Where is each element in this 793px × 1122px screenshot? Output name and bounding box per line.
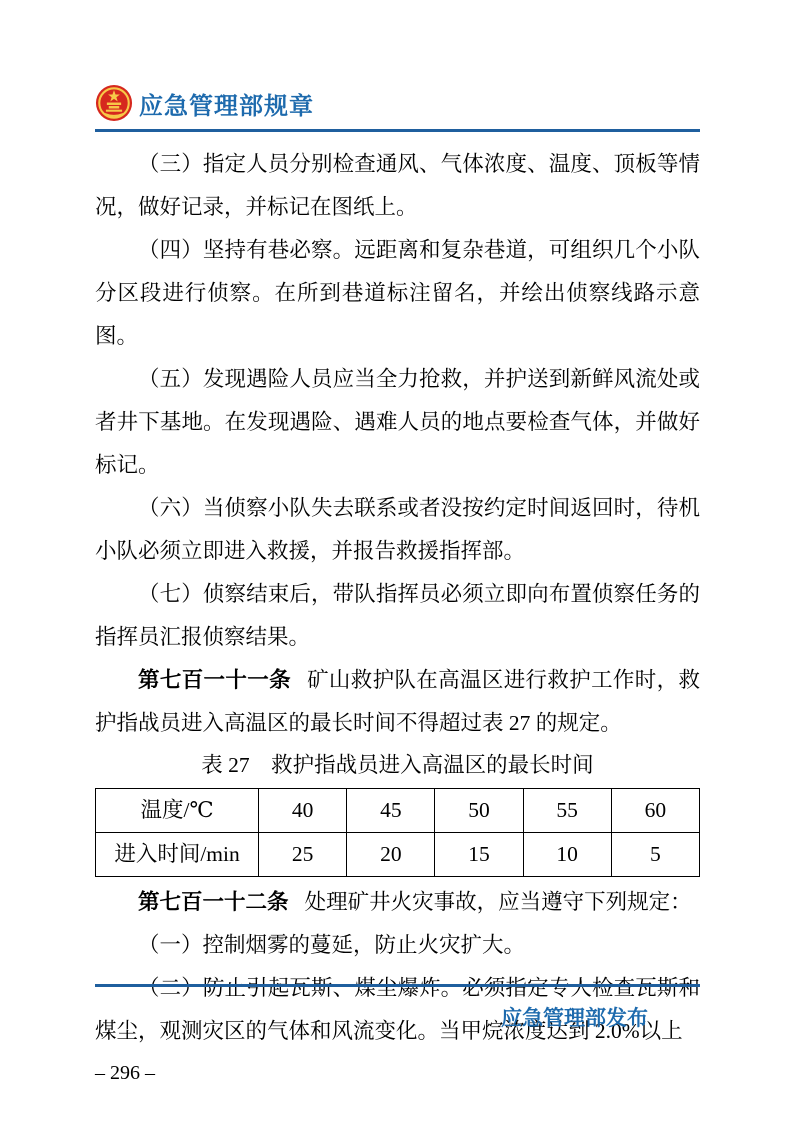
publisher-label: 应急管理部发布 — [501, 1002, 648, 1032]
document-page: 应急管理部规章 （三）指定人员分别检查通风、气体浓度、温度、顶板等情况，做好记录… — [0, 0, 793, 1122]
page-header: 应急管理部规章 — [95, 84, 700, 132]
paragraph: （三）指定人员分别检查通风、气体浓度、温度、顶板等情况，做好记录，并标记在图纸上… — [95, 143, 700, 229]
table-cell: 50 — [435, 789, 523, 833]
header-rule — [95, 129, 700, 132]
table-cell: 10 — [523, 833, 611, 877]
paragraph-article-712: 第七百一十二条处理矿井火灾事故，应当遵守下列规定： — [95, 881, 700, 924]
table-caption: 表 27 救护指战员进入高温区的最长时间 — [95, 745, 700, 785]
footer-rule — [95, 984, 700, 987]
article-number: 第七百一十一条 — [138, 668, 291, 692]
table-cell: 60 — [611, 789, 699, 833]
table-cell: 20 — [347, 833, 435, 877]
article-number: 第七百一十二条 — [138, 890, 289, 914]
table-cell: 25 — [259, 833, 347, 877]
table-cell: 5 — [611, 833, 699, 877]
paragraph-text: （六）当侦察小队失去联系或者没按约定时间返回时，待机小队必须立即进入救援，并报告… — [95, 496, 700, 563]
paragraph: （六）当侦察小队失去联系或者没按约定时间返回时，待机小队必须立即进入救援，并报告… — [95, 487, 700, 573]
paragraph-text: （七）侦察结束后，带队指挥员必须立即向布置侦察任务的指挥员汇报侦察结果。 — [95, 582, 700, 649]
paragraph-text: （四）坚持有巷必察。远距离和复杂巷道，可组织几个小队分区段进行侦察。在所到巷道标… — [95, 238, 700, 348]
page-number: – 296 – — [95, 1053, 700, 1093]
table-cell: 55 — [523, 789, 611, 833]
document-body: （三）指定人员分别检查通风、气体浓度、温度、顶板等情况，做好记录，并标记在图纸上… — [95, 143, 700, 1093]
table-row: 进入时间/min 25 20 15 10 5 — [96, 833, 700, 877]
paragraph-article-711: 第七百一十一条矿山救护队在高温区进行救护工作时，救护指战员进入高温区的最长时间不… — [95, 659, 700, 745]
national-emblem-icon — [95, 84, 133, 122]
paragraph-text: 处理矿井火灾事故，应当遵守下列规定： — [305, 890, 692, 914]
paragraph-text: （五）发现遇险人员应当全力抢救，并护送到新鲜风流处或者井下基地。在发现遇险、遇难… — [95, 367, 700, 477]
table-row-label: 温度/℃ — [96, 789, 259, 833]
paragraph: （一）控制烟雾的蔓延，防止火灾扩大。 — [95, 924, 700, 967]
paragraph: （七）侦察结束后，带队指挥员必须立即向布置侦察任务的指挥员汇报侦察结果。 — [95, 573, 700, 659]
paragraph-text: （三）指定人员分别检查通风、气体浓度、温度、顶板等情况，做好记录，并标记在图纸上… — [95, 152, 700, 219]
table-cell: 40 — [259, 789, 347, 833]
table-row-label: 进入时间/min — [96, 833, 259, 877]
table-cell: 45 — [347, 789, 435, 833]
paragraph-text: （一）控制烟雾的蔓延，防止火灾扩大。 — [138, 933, 525, 957]
max-time-table: 温度/℃ 40 45 50 55 60 进入时间/min 25 20 15 10… — [95, 788, 700, 877]
paragraph: （四）坚持有巷必察。远距离和复杂巷道，可组织几个小队分区段进行侦察。在所到巷道标… — [95, 229, 700, 358]
header-title: 应急管理部规章 — [139, 86, 314, 121]
paragraph: （五）发现遇险人员应当全力抢救，并护送到新鲜风流处或者井下基地。在发现遇险、遇难… — [95, 358, 700, 487]
table-row: 温度/℃ 40 45 50 55 60 — [96, 789, 700, 833]
table-cell: 15 — [435, 833, 523, 877]
